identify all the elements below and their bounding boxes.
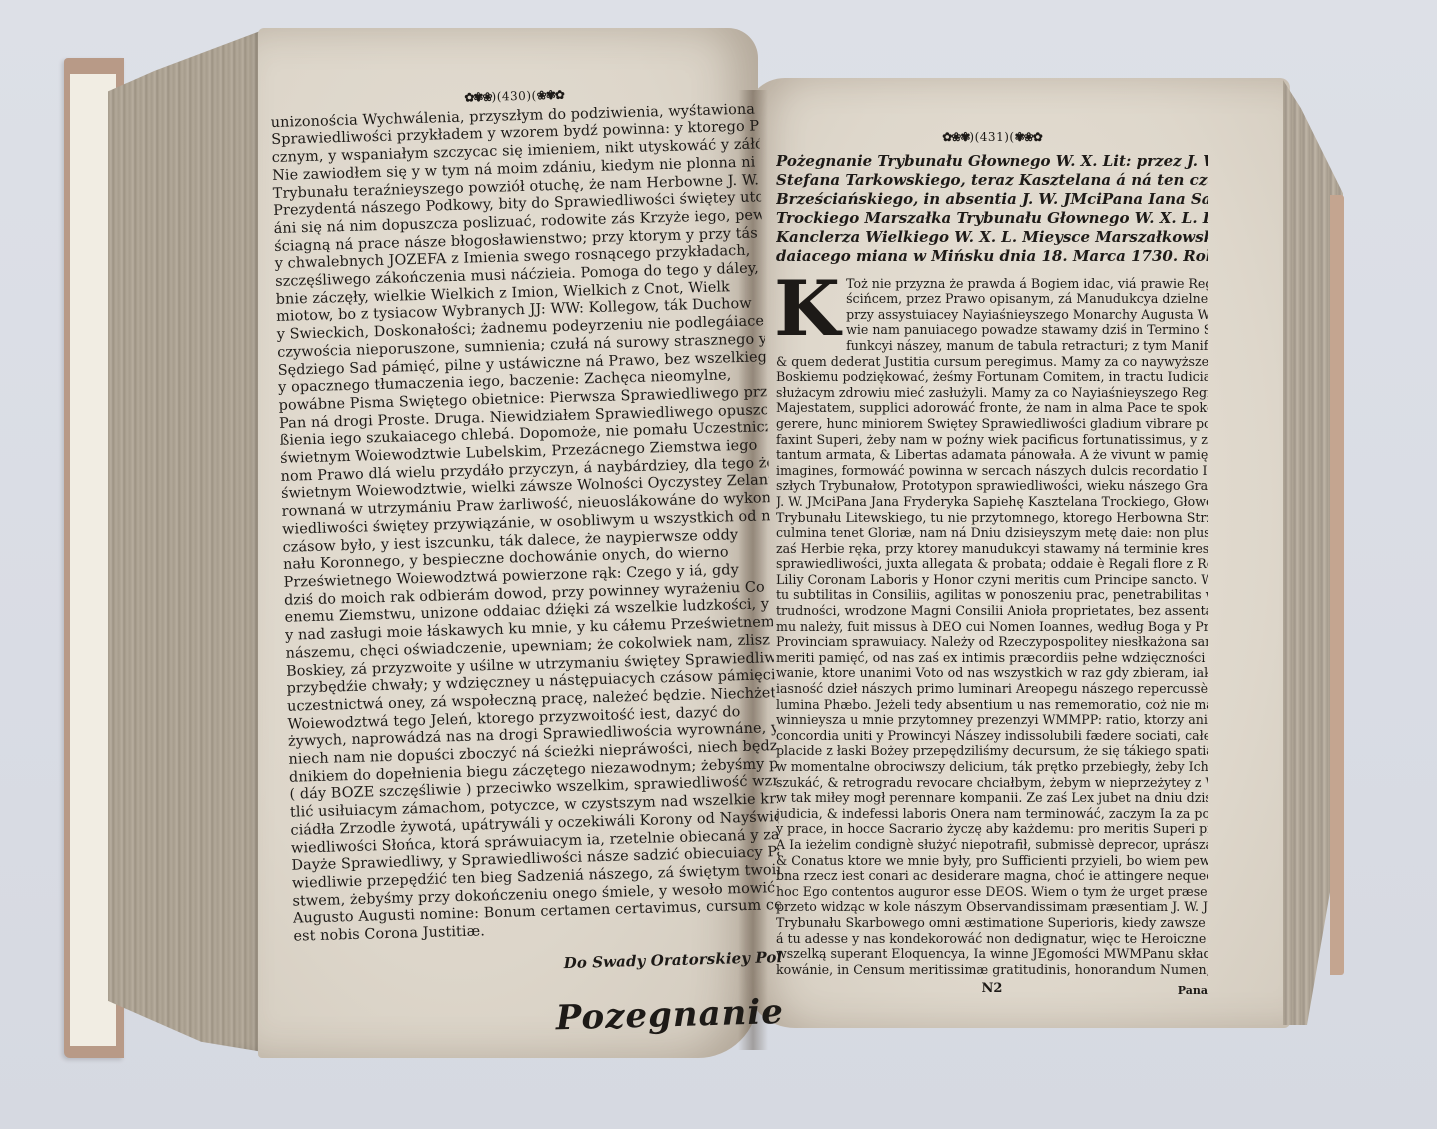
text-line: Boskiemu podziękować, żeśmy Fortunam Com… — [776, 369, 1208, 385]
right-page-text: ✿❀✾)(431)(✾❀✿ Pożegnanie Trybunału Głown… — [776, 130, 1208, 999]
text-line: Kanclerza Wielkiego W. X. L. Mieysce Mar… — [776, 228, 1208, 247]
drop-cap: K — [774, 278, 840, 340]
text-line: hoc Ego contentos auguror esse DEOS. Wie… — [776, 884, 1208, 900]
text-line: á tu adesse y nas kondekorowáć non dedig… — [776, 931, 1208, 947]
text-line: tu subtilitas in Consiliis, agilitas w p… — [776, 587, 1208, 603]
text-line: placide z łaski Bożey przepędziliśmy dec… — [776, 743, 1208, 759]
ornament-icon: ❀✾✿ — [537, 88, 565, 103]
text-line: szukáć, & retrogradu revocare chciałbym,… — [776, 775, 1208, 791]
text-line: przy assystuiacey Nayiaśnieyszego Monarc… — [846, 307, 1208, 323]
text-line: zaś Herbie ręka, przy ktorey manudukcyi … — [776, 541, 1208, 557]
text-line: iasność dzieł nászych primo luminari Are… — [776, 681, 1208, 697]
text-line: bna rzecz iest conari ac desiderare magn… — [776, 868, 1208, 884]
ornament-icon: ✾❀✿ — [1015, 130, 1042, 144]
text-line: wanie, ktore unanimi Voto od nas wszystk… — [776, 665, 1208, 681]
text-line: lumina Phæbo. Jeżeli tedy absentium u na… — [776, 697, 1208, 713]
book-cover-right — [1330, 195, 1344, 975]
section-title: Pożegnanie Trybunału Głownego W. X. Lit:… — [776, 152, 1208, 266]
text-line: Trybunału Litewskiego, tu nie przytomneg… — [776, 510, 1208, 526]
text-line: & Conatus ktore we mnie były, pro Suffic… — [776, 853, 1208, 869]
text-line: y prace, in hocce Sacrario życzę aby każ… — [776, 821, 1208, 837]
page-number: 431 — [980, 130, 1004, 144]
text-line: przeto widząc w kole nászym Observandiss… — [776, 899, 1208, 915]
text-line: tantum armata, & Libertas adamata pánowa… — [776, 447, 1208, 463]
left-body-text: unizonościa Wychwálenia, przyszłym do po… — [271, 101, 782, 946]
text-line: w tak miłey mogł perennare kompanii. Ze … — [776, 790, 1208, 806]
text-line: faxint Superi, żeby nam w poźny wiek pac… — [776, 432, 1208, 448]
text-line: trudności, wrodzone Magni Consilii Anioł… — [776, 603, 1208, 619]
text-line: sprawiedliwości, juxta allegata & probat… — [776, 556, 1208, 572]
text-line: wie nam panuiacego powadze stawamy dziś … — [846, 322, 1208, 338]
text-line: & quem dederat Justitia cursum peregimus… — [776, 354, 1208, 370]
text-line: kowánie, in Censum meritissimæ gratitudi… — [776, 962, 1208, 978]
right-body-text: K Toż nie przyzna że prawda á Bogiem ida… — [776, 276, 1208, 978]
text-line: culmina tenet Gloriæ, nam ná Dniu dzisie… — [776, 525, 1208, 541]
text-line: Liliy Coronam Laboris y Honor czyni meri… — [776, 572, 1208, 588]
text-line: służacym zdrowiu mieć zasłużyli. Mamy za… — [776, 385, 1208, 401]
page-number: 430 — [502, 89, 527, 104]
ornament-icon: ✿✾❀ — [464, 90, 492, 105]
text-line: wszelką superant Eloquencya, Ia winne JE… — [776, 946, 1208, 962]
closing-line: Do Swady Oratorskiey Pol — [294, 949, 782, 980]
left-page-text: ✿✾❀)(430)(❀✾✿ unizonościa Wychwálenia, p… — [270, 81, 784, 1035]
text-line: ścińcem, przez Prawo opisanym, zá Manudu… — [846, 291, 1208, 307]
running-head-right: ✿❀✾)(431)(✾❀✿ — [776, 130, 1208, 146]
text-line: Stefana Tarkowskiego, teraz Kasztelana á… — [776, 171, 1208, 190]
page-block-edge-left — [108, 30, 263, 1052]
text-line: gerere, hunc miniorem Swiętey Sprawiedli… — [776, 416, 1208, 432]
text-line: funkcyi nászey, manum de tabula retractu… — [846, 338, 1208, 354]
text-line: szłych Trybunałow, Prototypon sprawiedli… — [776, 478, 1208, 494]
text-line: mu należy, fuit missus à DEO cui Nomen I… — [776, 619, 1208, 635]
text-line: w momentalne obrociwszy delicium, ták pr… — [776, 759, 1208, 775]
text-line: Provinciam sprawuiacy. Należy od Rzeczyp… — [776, 634, 1208, 650]
ornament-icon: ✿❀✾ — [942, 130, 969, 144]
text-line: concordia uniti y Prowincyi Nászey indis… — [776, 728, 1208, 744]
text-line: A Ia ieżelim condignè służyć niepotrafił… — [776, 837, 1208, 853]
text-line: Toż nie przyzna że prawda á Bogiem idac,… — [846, 276, 1208, 292]
text-line: J. W. JMciPana Jana Fryderyka Sapiehę Ka… — [776, 494, 1208, 510]
text-line: meriti pamięć, od nas zaś ex intimis præ… — [776, 650, 1208, 666]
text-line: Pożegnanie Trybunału Głownego W. X. Lit:… — [776, 152, 1208, 171]
text-line: judicia, & indefessi laboris Onera nam t… — [776, 806, 1208, 822]
text-line: Trockiego Marszałka Trybunału Głownego W… — [776, 209, 1208, 228]
text-line: daiacego miana w Mińsku dnia 18. Marca 1… — [776, 247, 1208, 266]
text-line: Majestatem, supplici adorowáć fronte, że… — [776, 400, 1208, 416]
text-line: Trybunału Skarbowego omni æstimatione Su… — [776, 915, 1208, 931]
text-line: winnieysza u mnie przytomney prezenzyi W… — [776, 712, 1208, 728]
text-line: imagines, formowáć powinna w sercach nás… — [776, 463, 1208, 479]
text-line: Brześciańskiego, in absentia J. W. JMciP… — [776, 190, 1208, 209]
